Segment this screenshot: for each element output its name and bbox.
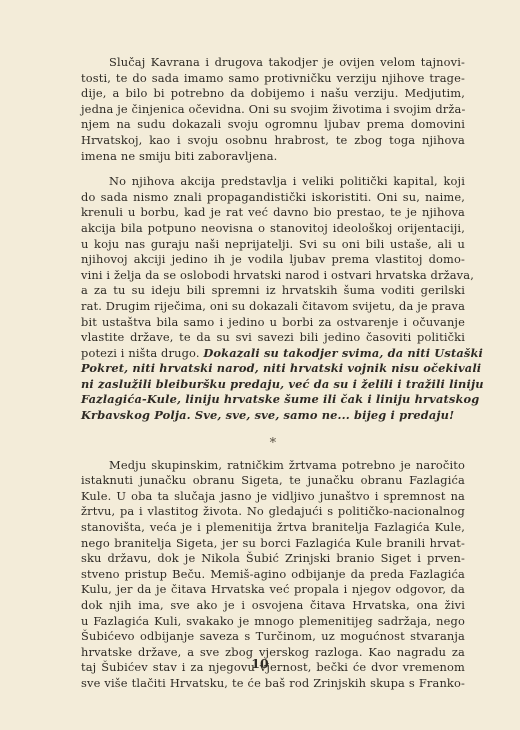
text-line: nego branitelja Sigeta, jer su borci Faz…	[81, 536, 465, 552]
text-line: No njihova akcija predstavlja i veliki p…	[81, 174, 465, 190]
text-line: do sada nismo znali propagandistički isk…	[81, 190, 465, 206]
text-line: tosti, te do sada imamo samo protivničku…	[81, 71, 465, 87]
text-line: sve više tlačiti Hrvatsku, te će baš rod…	[81, 676, 465, 692]
text-line: stveno pristup Beču. Memiš-agino odbijan…	[81, 567, 465, 583]
text-line: Kule. U oba ta slučaja jasno je vidljivo…	[81, 489, 465, 505]
text-roman: potezi i ništa drugo.	[81, 346, 200, 360]
text-emphasis: Dokazali su takodjer svima, da niti Usta…	[203, 346, 483, 360]
section-separator-asterisk: *	[81, 424, 465, 458]
text-line: rat. Drugim riječima, oni su dokazali či…	[81, 299, 465, 315]
paragraph-kavran: Slučaj Kavrana i drugova takodjer je ovi…	[81, 55, 465, 164]
text-line: u Fazlagića Kuli, svakako je mnogo pleme…	[81, 614, 465, 630]
text-line-emphasis: Krbavskog Polja. Sve, sve, sve, samo ne.…	[81, 408, 465, 424]
text-line: njihovoj akciji jedino ih je vodila ljub…	[81, 252, 465, 268]
body-text: Slučaj Kavrana i drugova takodjer je ovi…	[81, 55, 465, 692]
text-line: a za tu su ideju bili spremni iz hrvatsk…	[81, 283, 465, 299]
text-line: Medju skupinskim, ratničkim žrtvama potr…	[81, 458, 465, 474]
text-line: krenuli u borbu, kad je rat već davno bi…	[81, 205, 465, 221]
text-line: dije, a bilo bi potrebno da dobijemo i n…	[81, 86, 465, 102]
text-line: žrtvu, pa i vlastitog života. No gledaju…	[81, 504, 465, 520]
text-line: vlastite države, te da su svi savezi bil…	[81, 330, 465, 346]
text-line: dok njih ima, sve ako je i osvojena čita…	[81, 598, 465, 614]
document-page: Slučaj Kavrana i drugova takodjer je ovi…	[0, 0, 520, 730]
text-line: stanovišta, veća je i plemenitija žrtva …	[81, 520, 465, 536]
text-line-emphasis: Pokret, niti hrvatski narod, niti hrvats…	[81, 361, 465, 377]
text-line: akcija bila potpuno neovisna o stanovito…	[81, 221, 465, 237]
text-line: Hrvatskoj, kao i svoju osobnu hrabrost, …	[81, 133, 465, 149]
text-line: jedna je činjenica očevidna. Oni su svoj…	[81, 102, 465, 118]
page-number: 10	[0, 656, 520, 671]
text-line-mixed: potezi i ništa drugo. Dokazali su takodj…	[81, 346, 465, 362]
paragraph-gap	[81, 164, 465, 174]
text-line-emphasis: Fazlagića-Kule, liniju hrvatske šume ili…	[81, 392, 465, 408]
text-line: sku državu, dok je Nikola Šubić Zrinjski…	[81, 551, 465, 567]
text-line: bit ustaštva bila samo i jedino u borbi …	[81, 315, 465, 331]
text-line: Slučaj Kavrana i drugova takodjer je ovi…	[81, 55, 465, 71]
text-line: njem na sudu dokazali svoju ogromnu ljub…	[81, 117, 465, 133]
text-line: Šubićevo odbijanje saveza s Turčinom, uz…	[81, 629, 465, 645]
text-line: Kulu, jer da je čitava Hrvatska već prop…	[81, 582, 465, 598]
text-line: imena ne smiju biti zaboravljena.	[81, 149, 465, 165]
text-line: vini i želja da se oslobodi hrvatski nar…	[81, 268, 465, 284]
text-line-emphasis: ni zaslužili bleiburšku predaju, već da …	[81, 377, 465, 393]
text-line: u koju nas guraju naši neprijatelji. Svi…	[81, 237, 465, 253]
paragraph-political-capital: No njihova akcija predstavlja i veliki p…	[81, 174, 465, 424]
text-line: istaknuti junačku obranu Sigeta, te juna…	[81, 473, 465, 489]
